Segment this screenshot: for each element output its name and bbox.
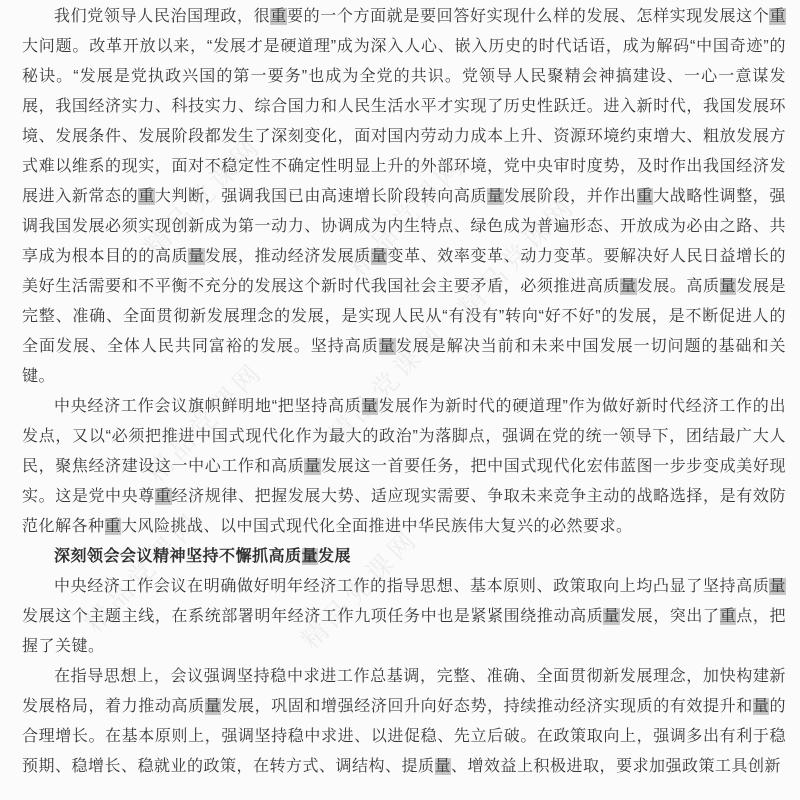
- highlighted-char: 量: [302, 548, 319, 565]
- paragraph: 中央经济工作会议在明确做好明年经济工作的指导思想、基本原则、政策取向上均凸显了坚…: [22, 572, 786, 662]
- highlighted-char: 量: [753, 698, 770, 715]
- paragraph: 中央经济工作会议旗帜鲜明地“把坚持高质量发展作为新时代的硬道理”作为做好新时代经…: [22, 392, 786, 542]
- highlighted-char: 重: [769, 8, 786, 25]
- highlighted-char: 量: [205, 698, 222, 715]
- highlighted-char: 重: [270, 8, 287, 25]
- highlighted-char: 量: [188, 248, 205, 265]
- highlighted-char: 量: [720, 278, 737, 295]
- highlighted-char: 重: [105, 518, 122, 535]
- section-heading: 深刻领会会议精神坚持不懈抓高质量发展: [22, 542, 786, 572]
- highlighted-char: 重: [720, 608, 737, 625]
- highlighted-char: 量: [371, 248, 388, 265]
- highlighted-char: 量: [379, 338, 396, 355]
- highlighted-char: 重: [138, 188, 155, 205]
- highlighted-char: 重: [155, 488, 172, 505]
- highlighted-char: 量: [435, 758, 452, 775]
- highlighted-char: 重: [637, 188, 654, 205]
- highlighted-char: 量: [603, 608, 620, 625]
- highlighted-char: 量: [362, 398, 379, 415]
- highlighted-char: 量: [487, 188, 504, 205]
- document-content: 我们党领导人民治国理政，很重要的一个方面就是要回答好实现什么样的发展、怎样实现发…: [0, 0, 800, 782]
- paragraph: 在指导思想上，会议强调坚持稳中求进工作总基调，完整、准确、全面贯彻新发展理念，加…: [22, 662, 786, 782]
- highlighted-char: 量: [304, 458, 321, 475]
- highlighted-char: 量: [620, 278, 637, 295]
- paragraph: 我们党领导人民治国理政，很重要的一个方面就是要回答好实现什么样的发展、怎样实现发…: [22, 2, 786, 392]
- highlighted-char: 量: [769, 578, 786, 595]
- document-page: 精品党课网精品党课网精品党课网精品党课网精品党课网精品党课网精品党课网 我们党领…: [0, 0, 800, 800]
